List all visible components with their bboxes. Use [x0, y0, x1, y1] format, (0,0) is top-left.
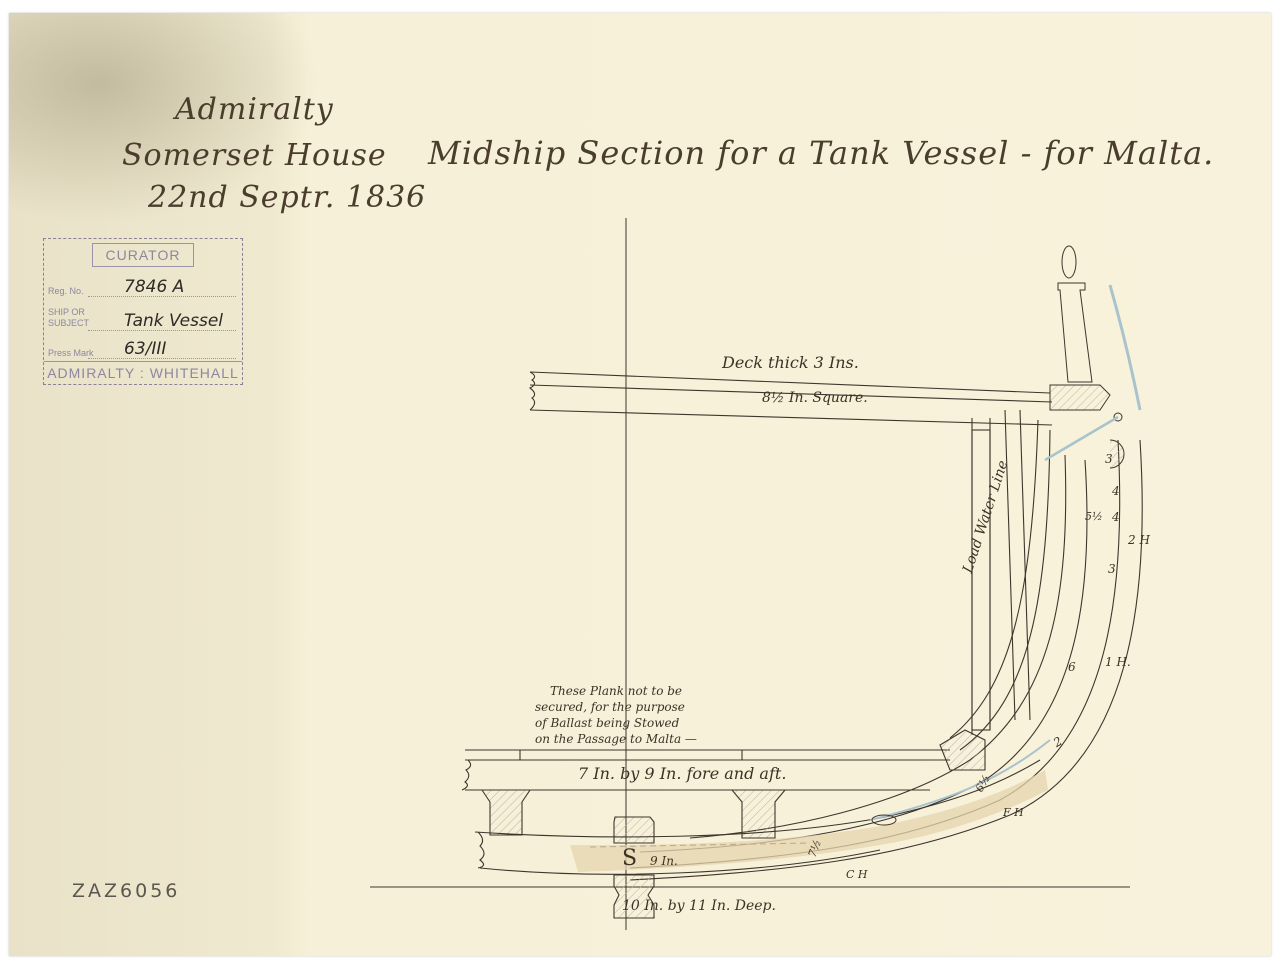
dim-5-half: 5½ — [1085, 510, 1103, 523]
keelson — [614, 817, 654, 843]
label-keel: 10 In. by 11 In. Deep. — [622, 898, 776, 914]
chock-left — [482, 790, 530, 835]
diagonal-ch: C H — [846, 868, 868, 881]
plank-note-line2: secured, for the purpose — [535, 700, 685, 714]
dim-3-lower: 3 — [1108, 562, 1116, 576]
plank-note-line4: on the Passage to Malta — — [535, 732, 697, 746]
plank-note-line3: of Ballast being Stowed — [535, 716, 679, 730]
midship-section-drawing — [0, 0, 1280, 968]
label-keelson-dim: 9 In. — [650, 854, 678, 868]
diagonal-1h: 1 H. — [1105, 655, 1131, 669]
dim-4-lower: 4 — [1112, 510, 1120, 524]
dim-4-upper: 4 — [1112, 484, 1120, 498]
dim-3-upper: 3 — [1105, 452, 1113, 466]
diagonal-2h: 2 H — [1128, 533, 1150, 547]
stanchion — [1058, 283, 1092, 382]
beam-bottom — [530, 410, 1052, 425]
diagonal-fh: F H — [1003, 806, 1024, 819]
plank-note-line1: These Plank not to be — [550, 684, 682, 698]
stanchion-cap — [1062, 246, 1076, 278]
dim-6: 6 — [1068, 660, 1076, 674]
label-floor-beam: 7 In. by 9 In. fore and aft. — [578, 764, 786, 783]
label-keelson-mark: S — [622, 846, 637, 871]
label-beam-square: 8½ In. Square. — [762, 390, 868, 406]
label-deck-thick: Deck thick 3 Ins. — [722, 353, 859, 372]
